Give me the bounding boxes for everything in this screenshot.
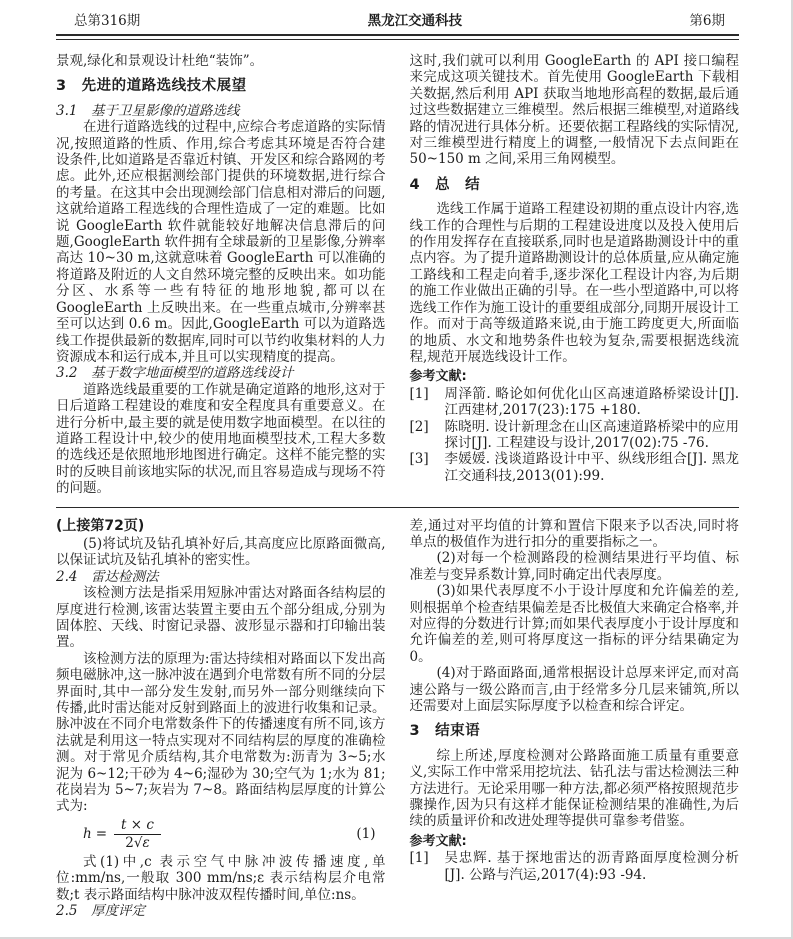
section3-2-heading: 3.2 基于数字地面模型的道路选线设计 xyxy=(56,365,386,381)
section3-1-heading: 3.1 基于卫星影像的道路选线 xyxy=(56,103,386,119)
article2-references-heading: 参考文献: xyxy=(410,834,740,850)
reference-text: 吴忠辉. 基于探地雷达的沥青路面厚度检测分析[J]. 公路与汽运,2017(4)… xyxy=(436,850,740,883)
journal-page: 总第316期 黑龙江交通科技 第6期 景观,绿化和景观设计杜绝“装饰”。 3 先… xyxy=(0,0,793,939)
reference-item: [1] 吴忠辉. 基于探地雷达的沥青路面厚度检测分析[J]. 公路与汽运,201… xyxy=(410,850,740,883)
issue-number-label: 第6期 xyxy=(689,9,725,29)
article1-columns: 景观,绿化和景观设计杜绝“装饰”。 3 先进的道路选线技术展望 3.1 基于卫星… xyxy=(56,53,739,497)
page-content: 总第316期 黑龙江交通科技 第6期 景观,绿化和景观设计杜绝“装饰”。 3 先… xyxy=(0,0,791,920)
reference-number: [3] xyxy=(410,451,436,484)
reference-item: [3] 李媛媛. 浅谈道路设计中平、纵线形组合[J]. 黑龙江交通科技,2013… xyxy=(410,451,740,484)
conclusion-paragraph: 综上所述,厚度检测对公路路面施工质量有重要意义,实际工作中常采用挖坑法、钻孔法与… xyxy=(410,748,740,830)
section3-1-paragraph: 在进行道路选线的过程中,应综合考虑道路的实际情况,按照道路的性质、作用,综合考虑… xyxy=(56,119,386,365)
item2-paragraph: (2)对每一个检测路段的检测结果进行平均值、标准差与变异系数计算,同时确定出代表… xyxy=(410,550,740,583)
reference-text: 周泽箭. 略论如何优化山区高速道路桥梁设计[J]. 江西建材,2017(23):… xyxy=(436,386,740,419)
section3-2-paragraph: 道路选线最重要的工作就是确定道路的地形,这对于日后道路工程建设的难度和安全程度具… xyxy=(56,382,386,497)
reference-item: [2] 陈晓明. 设计新理念在山区高速道路桥梁中的应用探讨[J]. 工程建设与设… xyxy=(410,419,740,452)
article1-left-column: 景观,绿化和景观设计杜绝“装饰”。 3 先进的道路选线技术展望 3.1 基于卫星… xyxy=(56,53,386,497)
formula-lhs: h xyxy=(83,826,92,842)
formula-equals: = xyxy=(96,826,107,842)
reference-number: [2] xyxy=(410,419,436,452)
article2-left-column: (上接第72页) (5)将试坑及钻孔填补好后,其高度应比原路面微高,以保证试坑及… xyxy=(56,518,386,920)
article2-right-column: 差,通过对平均值的计算和置信下限来予以否决,同时将单点的极值作为进行扣分的重要指… xyxy=(410,518,740,920)
section2-4-heading: 2.4 雷达检测法 xyxy=(56,569,386,585)
page-header: 总第316期 黑龙江交通科技 第6期 xyxy=(56,7,739,29)
article1-right-column: 这时,我们就可以利用 GoogleEarth 的 API 接口编程来完成这项关键… xyxy=(410,53,740,497)
formula-numerator: t × c xyxy=(114,818,161,835)
conclusion-heading: 3 结束语 xyxy=(410,723,740,739)
article1-intro-line: 景观,绿化和景观设计杜绝“装饰”。 xyxy=(56,53,386,69)
item5-paragraph: (5)将试坑及钻孔填补好后,其高度应比原路面微高,以保证试坑及钻孔填补的密实性。 xyxy=(56,536,386,569)
section2-4-paragraph-1: 该检测方法是指采用短脉冲雷达对路面各结构层的厚度进行检测,该雷达装置主要由五个部… xyxy=(56,585,386,651)
journal-title: 黑龙江交通科技 xyxy=(368,9,463,29)
formula-denominator: 2√ε xyxy=(125,835,149,851)
formula-radicand: ε xyxy=(142,835,149,851)
header-double-rule xyxy=(56,34,739,40)
reference-number: [1] xyxy=(410,386,436,419)
reference-text: 陈晓明. 设计新理念在山区高速道路桥梁中的应用探讨[J]. 工程建设与设计,20… xyxy=(436,419,740,452)
section2-4-paragraph-2: 该检测方法的原理为:雷达持续相对路面以下发出高频电磁脉冲,这一脉冲波在遇到介电常… xyxy=(56,651,386,815)
article2-columns: (上接第72页) (5)将试坑及钻孔填补好后,其高度应比原路面微高,以保证试坑及… xyxy=(56,518,739,920)
issue-total-label: 总第316期 xyxy=(74,9,140,29)
article1-continuation-paragraph: 这时,我们就可以利用 GoogleEarth 的 API 接口编程来完成这项关键… xyxy=(410,53,740,168)
article2-continuation-paragraph: 差,通过对平均值的计算和置信下限来予以否决,同时将单点的极值作为进行扣分的重要指… xyxy=(410,518,740,551)
item4-paragraph: (4)对于路面路面,通常根据设计总厚来评定,而对高速公路与一级公路而言,由于经常… xyxy=(410,665,740,714)
continued-from-note: (上接第72页) xyxy=(56,518,386,534)
reference-text: 李媛媛. 浅谈道路设计中平、纵线形组合[J]. 黑龙江交通科技,2013(01)… xyxy=(436,451,740,484)
section3-heading: 3 先进的道路选线技术展望 xyxy=(56,78,386,94)
section4-heading: 4 总 结 xyxy=(410,177,740,193)
section4-paragraph: 选线工作属于道路工程建设初期的重点设计内容,选线工作的合理性与后期的工程建设进度… xyxy=(410,201,740,365)
article1-references-heading: 参考文献: xyxy=(410,369,740,385)
thickness-formula: h = t × c 2√ε (1) xyxy=(83,818,376,851)
section2-5-heading: 2.5 厚度评定 xyxy=(56,903,386,919)
reference-item: [1] 周泽箭. 略论如何优化山区高速道路桥梁设计[J]. 江西建材,2017(… xyxy=(410,386,740,419)
item3-paragraph: (3)如果代表厚度不小于设计厚度和允许偏差的差,则根据单个检查结果偏差是否比极值… xyxy=(410,583,740,665)
formula-fraction: t × c 2√ε xyxy=(114,818,161,851)
section2-4-paragraph-3: 式(1)中,c 表示空气中脉冲波传播速度,单位:mm/ns,一般取 300 mm… xyxy=(56,854,386,903)
reference-number: [1] xyxy=(410,850,436,883)
formula-den-coefficient: 2 xyxy=(125,835,134,851)
article-separator-rule xyxy=(56,507,739,508)
equation-number: (1) xyxy=(356,826,375,842)
